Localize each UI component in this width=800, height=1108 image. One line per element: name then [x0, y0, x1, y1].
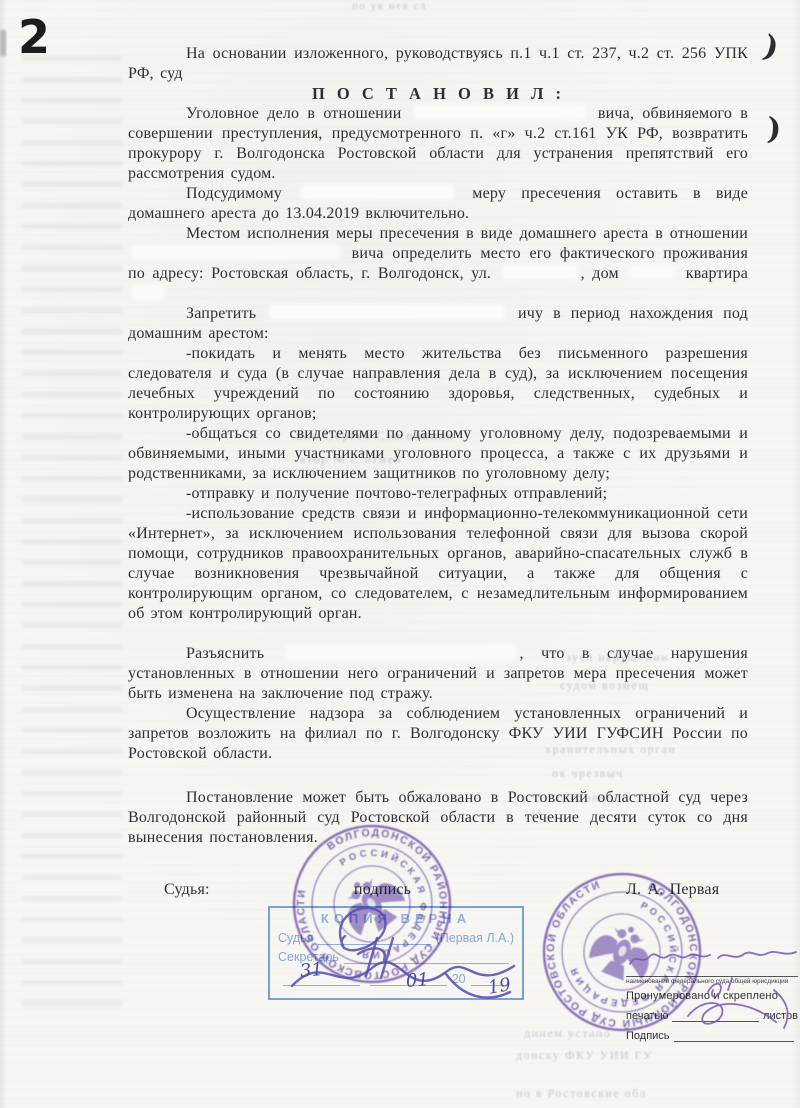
paragraph-supervision: Осуществление надзора за соблюдением уст…: [128, 704, 748, 764]
paragraph-case-return: Уголовное дело в отношении вича, обвиняе…: [128, 104, 748, 184]
handwritten-day: 31: [299, 959, 324, 982]
margin-mark: ): [766, 112, 783, 148]
bleed-through-text: донску ФКУ УИИ ГУ: [516, 1048, 653, 1063]
redaction-gap: [631, 266, 673, 278]
binder-sealed-suffix: листов: [763, 1010, 798, 1022]
copy-stamp-year-printed: 20: [452, 972, 466, 986]
paragraph-clarify: Разъяснить , что в случае нарушения уста…: [128, 644, 748, 704]
handwritten-year: 19: [486, 974, 512, 999]
case-return-text: Уголовное дело в отношении: [186, 105, 410, 122]
prohibit-text: Запретить: [186, 305, 266, 322]
page-number: 2: [18, 10, 50, 64]
document-page: по ук нев слила Сергея Сев обвинявтор № …: [0, 0, 800, 1108]
redaction-gap: [271, 306, 503, 318]
intro-paragraph: На основании изложенного, руководствуясь…: [128, 44, 748, 84]
judge-label: Судья:: [164, 880, 210, 900]
custody-text: Подсудимому: [186, 185, 297, 202]
double-headed-eagle-icon: [332, 864, 412, 943]
intro-text: На основании изложенного, руководствуясь…: [128, 45, 748, 82]
prohibition-item: -отправку и получение почтово-телеграфны…: [128, 484, 748, 504]
bleed-through-text: по ук нев сл: [352, 0, 427, 12]
redaction-gap: [504, 266, 576, 278]
prohibition-item: -общаться со свидетелями по данному угол…: [128, 424, 748, 484]
prohibition-item: -использование средств связи и информаци…: [128, 504, 748, 624]
clarify-text: Разъяснить: [186, 645, 282, 662]
redaction-gap: [302, 186, 452, 198]
redaction-gap: [133, 246, 338, 258]
redaction-gap: [133, 286, 163, 298]
paragraph-appeal: Постановление может быть обжаловано в Ро…: [128, 788, 748, 848]
ruling-text: На основании изложенного, руководствуясь…: [128, 44, 748, 904]
bleed-through-text: но в Ростовские обл: [516, 1086, 647, 1101]
redaction-gap: [287, 646, 515, 658]
handwritten-month: 01: [405, 969, 429, 992]
residence-text: , дом: [581, 265, 627, 282]
paragraph-residence: Местом исполнения меры пресечения в виде…: [128, 224, 748, 304]
residence-text: Местом исполнения меры пресечения в виде…: [186, 225, 748, 242]
resolution-heading: П О С Т А Н О В И Л :: [128, 84, 748, 104]
paragraph-prohibit: Запретить ичу в период нахождения под до…: [128, 304, 748, 344]
paragraph-custody: Подсудимому меру пресечения оставить в в…: [128, 184, 748, 224]
prohibition-item: -покидать и менять место жительства без …: [128, 344, 748, 424]
residence-text: квартира: [678, 265, 748, 282]
double-headed-eagle-icon: [584, 916, 659, 988]
redaction-gap: [415, 106, 585, 118]
scan-edge-artifact: [0, 30, 6, 56]
fill-line: [674, 1039, 794, 1042]
